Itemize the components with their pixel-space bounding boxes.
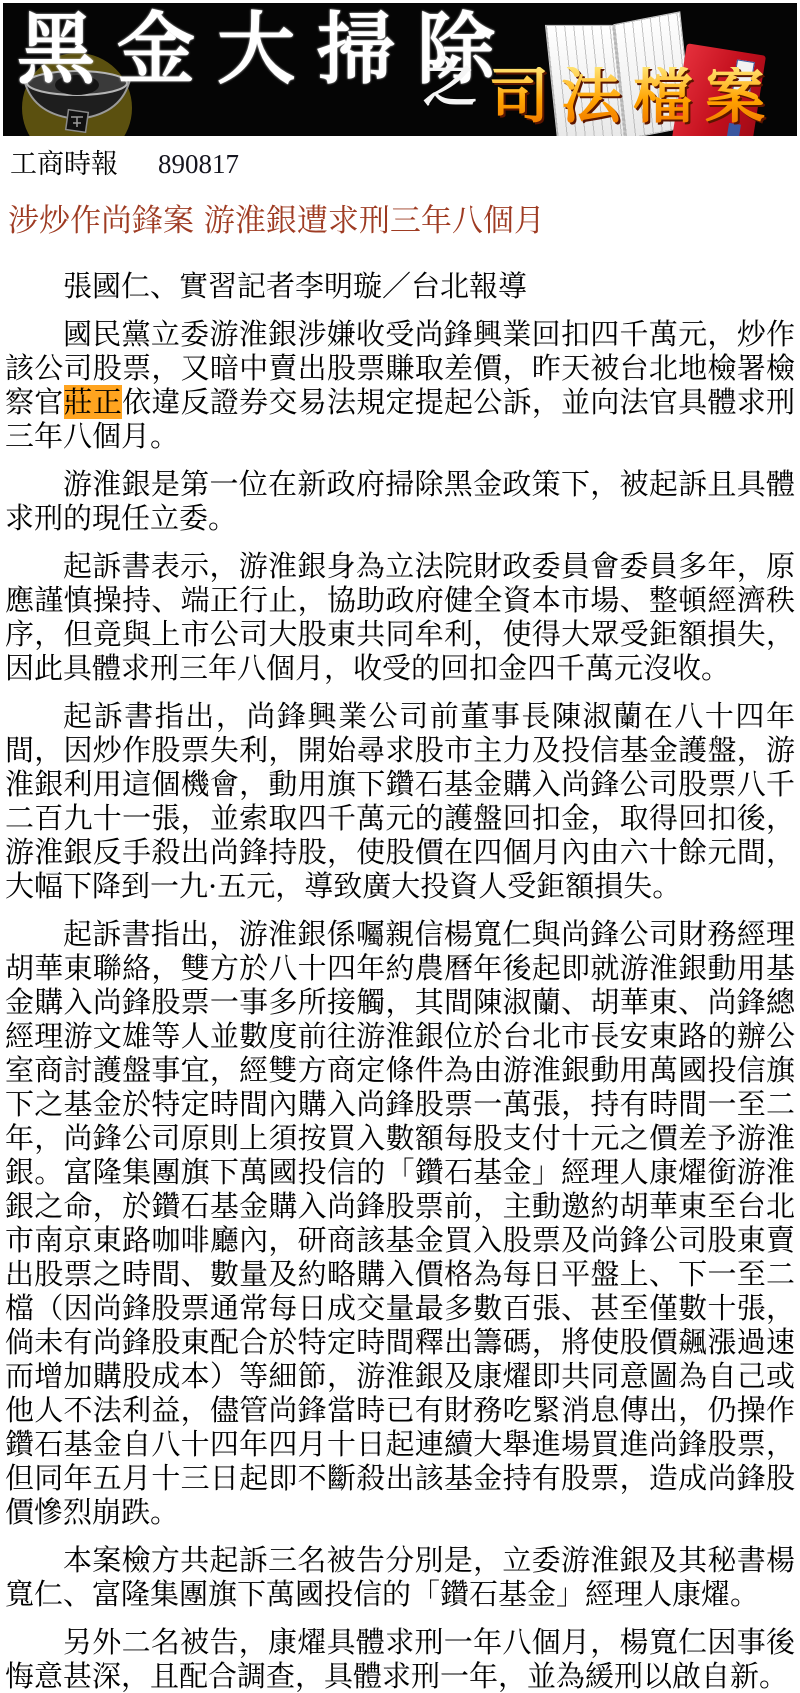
masthead: 工商時報 890817 bbox=[10, 148, 800, 181]
banner-subtitle: 司法檔案 bbox=[489, 67, 777, 127]
paragraph-text: 依違反證券交易法規定提起公訴，並向法官具體求刑三年八個月。 bbox=[5, 385, 795, 453]
search-highlight: 莊正 bbox=[64, 385, 123, 419]
publication-date: 890817 bbox=[158, 148, 239, 180]
article-body: 國民黨立委游淮銀涉嫌收受尚鋒興業回扣四千萬元，炒作該公司股票，又暗中賣出股票賺取… bbox=[5, 317, 795, 1693]
article-paragraph: 游淮銀是第一位在新政府掃除黑金政策下，被起訴且具體求刑的現任立委。 bbox=[5, 467, 795, 535]
paragraph-text: 游淮銀是第一位在新政府掃除黑金政策下，被起訴且具體求刑的現任立委。 bbox=[5, 467, 795, 535]
article-byline: 張國仁、實習記者李明璇／台北報導 bbox=[5, 269, 795, 303]
paragraph-text: 起訴書表示，游淮銀身為立法院財政委員會委員多年，原應謹慎操持、端正行止，協助政府… bbox=[5, 549, 795, 685]
article-headline: 涉炒作尚鋒案 游淮銀遭求刑三年八個月 bbox=[8, 203, 792, 239]
article-paragraph: 本案檢方共起訴三名被告分別是，立委游淮銀及其秘書楊寬仁、富隆集團旗下萬國投信的「… bbox=[5, 1543, 795, 1611]
paragraph-text: 起訴書指出，尚鋒興業公司前董事長陳淑蘭在八十四年間，因炒作股票失利，開始尋求股市… bbox=[5, 699, 795, 903]
article-paragraph: 起訴書指出，游淮銀係囑親信楊寬仁與尚鋒公司財務經理胡華東聯絡，雙方於八十四年約農… bbox=[5, 917, 795, 1529]
paragraph-text: 起訴書指出，游淮銀係囑親信楊寬仁與尚鋒公司財務經理胡華東聯絡，雙方於八十四年約農… bbox=[5, 917, 795, 1529]
publication-name: 工商時報 bbox=[10, 149, 118, 181]
article-paragraph: 另外二名被告，康燿具體求刑一年八個月，楊寬仁因事後悔意甚深，且配合調查，具體求刑… bbox=[5, 1625, 795, 1693]
article-paragraph: 國民黨立委游淮銀涉嫌收受尚鋒興業回扣四千萬元，炒作該公司股票，又暗中賣出股票賺取… bbox=[5, 317, 795, 453]
banner: 黑金大掃除 之 司法檔案 bbox=[3, 3, 797, 136]
paragraph-text: 另外二名被告，康燿具體求刑一年八個月，楊寬仁因事後悔意甚深，且配合調查，具體求刑… bbox=[5, 1625, 795, 1693]
banner-title-connector: 之 bbox=[423, 55, 477, 109]
article-paragraph: 起訴書表示，游淮銀身為立法院財政委員會委員多年，原應謹慎操持、端正行止，協助政府… bbox=[5, 549, 795, 685]
paragraph-text: 本案檢方共起訴三名被告分別是，立委游淮銀及其秘書楊寬仁、富隆集團旗下萬國投信的「… bbox=[5, 1543, 795, 1611]
article-paragraph: 起訴書指出，尚鋒興業公司前董事長陳淑蘭在八十四年間，因炒作股票失利，開始尋求股市… bbox=[5, 699, 795, 903]
